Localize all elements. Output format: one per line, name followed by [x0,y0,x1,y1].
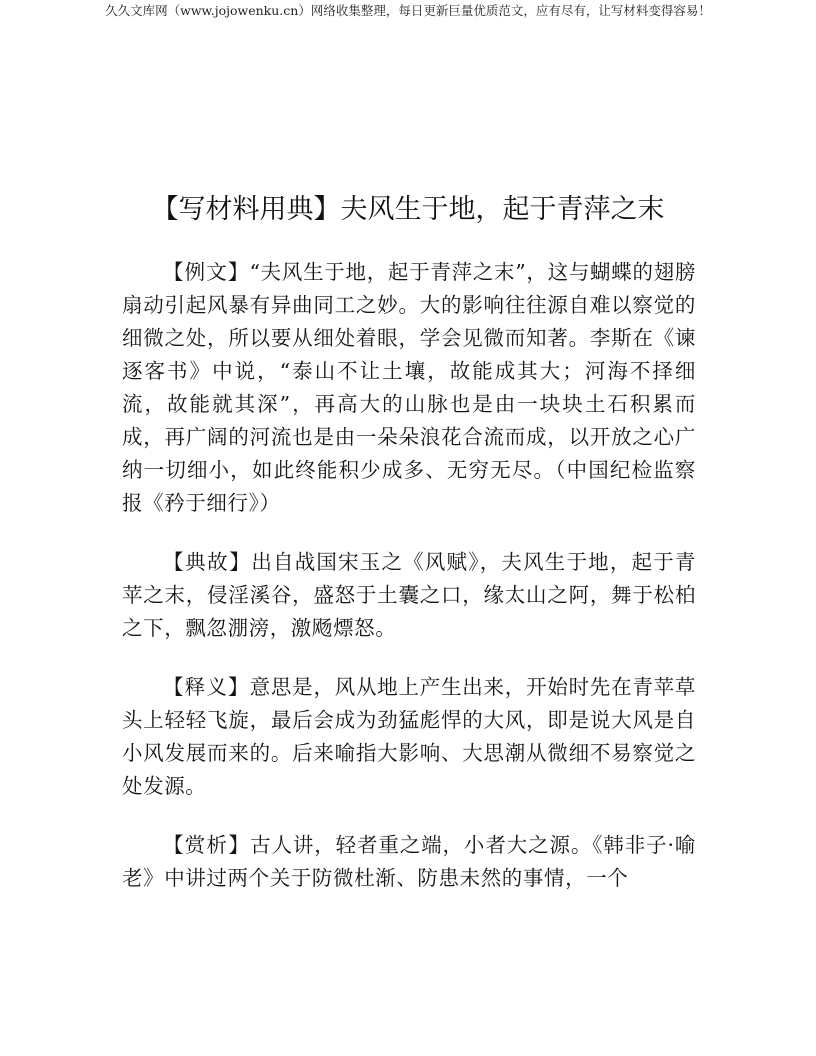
paragraph-example: 【例文】“夫风生于地，起于青萍之末”，这与蝴蝶的翅膀扇动引起风暴有异曲同工之妙。… [122,256,696,520]
paragraph-analysis: 【赏析】古人讲，轻者重之端，小者大之源。《韩非子·喻老》中讲过两个关于防微杜渐、… [122,829,696,895]
page-header: 久久文库网（www.jojowenku.cn）网络收集整理，每日更新巨量优质范文… [0,2,816,20]
paragraph-allusion: 【典故】出自战国宋玉之《风赋》，夫风生于地，起于青苹之末，侵淫溪谷，盛怒于土囊之… [122,546,696,645]
document-body: 【例文】“夫风生于地，起于青萍之末”，这与蝴蝶的翅膀扇动引起风暴有异曲同工之妙。… [122,256,696,921]
paragraph-tag: 【赏析】 [163,833,250,857]
document-title: 【写材料用典】夫风生于地，起于青萍之末 [0,190,816,230]
paragraph-meaning: 【释义】意思是，风从地上产生出来，开始时先在青苹草头上轻轻飞旋，最后会成为劲猛彪… [122,671,696,803]
paragraph-tag: 【典故】 [163,550,251,574]
paragraph-tag: 【例文】 [163,260,249,284]
paragraph-text: “夫风生于地，起于青萍之末”，这与蝴蝶的翅膀扇动引起风暴有异曲同工之妙。大的影响… [122,260,696,515]
paragraph-tag: 【释义】 [163,675,250,699]
